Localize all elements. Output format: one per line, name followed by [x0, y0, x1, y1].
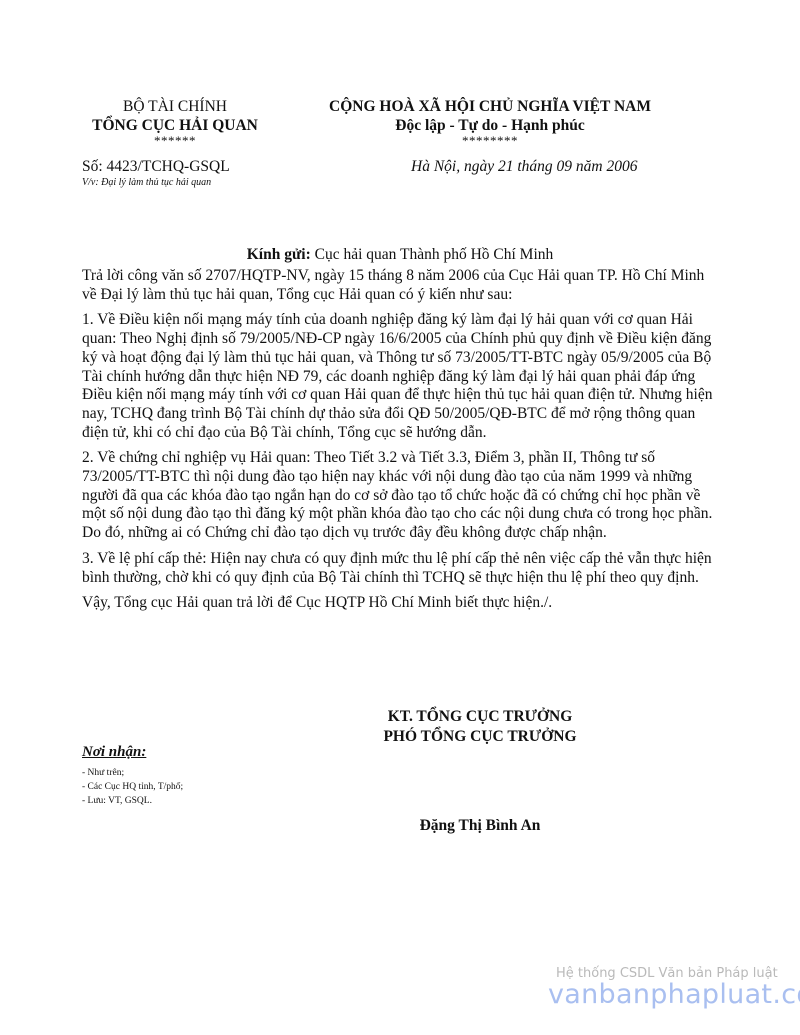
signer-name: Đặng Thị Bình An — [380, 817, 580, 835]
nation-name: CỘNG HOÀ XÃ HỘI CHỦ NGHĨA VIỆT NAM — [270, 97, 710, 116]
paragraph-intro: Trả lời công văn số 2707/HQTP-NV, ngày 1… — [82, 267, 722, 304]
watermark-site: vanbanphapluat.co — [548, 979, 800, 1010]
national-title: CỘNG HOÀ XÃ HỘI CHỦ NGHĨA VIỆT NAM Độc l… — [270, 97, 710, 147]
document-subject: V/v: Đại lý làm thủ tục hải quan — [82, 177, 211, 188]
recipient-label: Kính gửi: — [247, 246, 311, 263]
recipient-line: Kính gửi: Cục hải quan Thành phố Hồ Chí … — [70, 246, 730, 264]
document-number: Số: 4423/TCHQ-GSQL — [82, 158, 230, 176]
recipients-list: - Như trên; - Các Cục HQ tỉnh, T/phố; - … — [82, 766, 183, 808]
issuing-authority: BỘ TÀI CHÍNH TỔNG CỤC HẢI QUAN ****** — [70, 97, 280, 147]
paragraph-3: 3. Về lệ phí cấp thẻ: Hiện nay chưa có q… — [82, 550, 722, 587]
paragraph-1: 1. Về Điều kiện nối mạng máy tính của do… — [82, 311, 722, 442]
document-body: Trả lời công văn số 2707/HQTP-NV, ngày 1… — [82, 267, 722, 620]
recipient-item: - Như trên; — [82, 766, 183, 780]
recipient-item: - Các Cục HQ tỉnh, T/phố; — [82, 780, 183, 794]
paragraph-2: 2. Về chứng chỉ nghiệp vụ Hải quan: Theo… — [82, 449, 722, 543]
recipient-item: - Lưu: VT, GSQL. — [82, 794, 183, 808]
separator-stars: ******** — [270, 135, 710, 147]
signature-title: KT. TỔNG CỤC TRƯỞNG PHÓ TỔNG CỤC TRƯỞNG — [360, 707, 600, 747]
signature-line-2: PHÓ TỔNG CỤC TRƯỞNG — [360, 727, 600, 747]
recipients-title: Nơi nhận: — [82, 744, 146, 761]
signature-line-1: KT. TỔNG CỤC TRƯỞNG — [360, 707, 600, 727]
separator-stars: ****** — [70, 135, 280, 147]
recipient-name: Cục hải quan Thành phố Hồ Chí Minh — [315, 246, 554, 263]
paragraph-closing: Vậy, Tổng cục Hải quan trả lời để Cục HQ… — [82, 594, 722, 613]
ministry-name: BỘ TÀI CHÍNH — [70, 97, 280, 116]
place-date: Hà Nội, ngày 21 tháng 09 năm 2006 — [411, 158, 637, 176]
